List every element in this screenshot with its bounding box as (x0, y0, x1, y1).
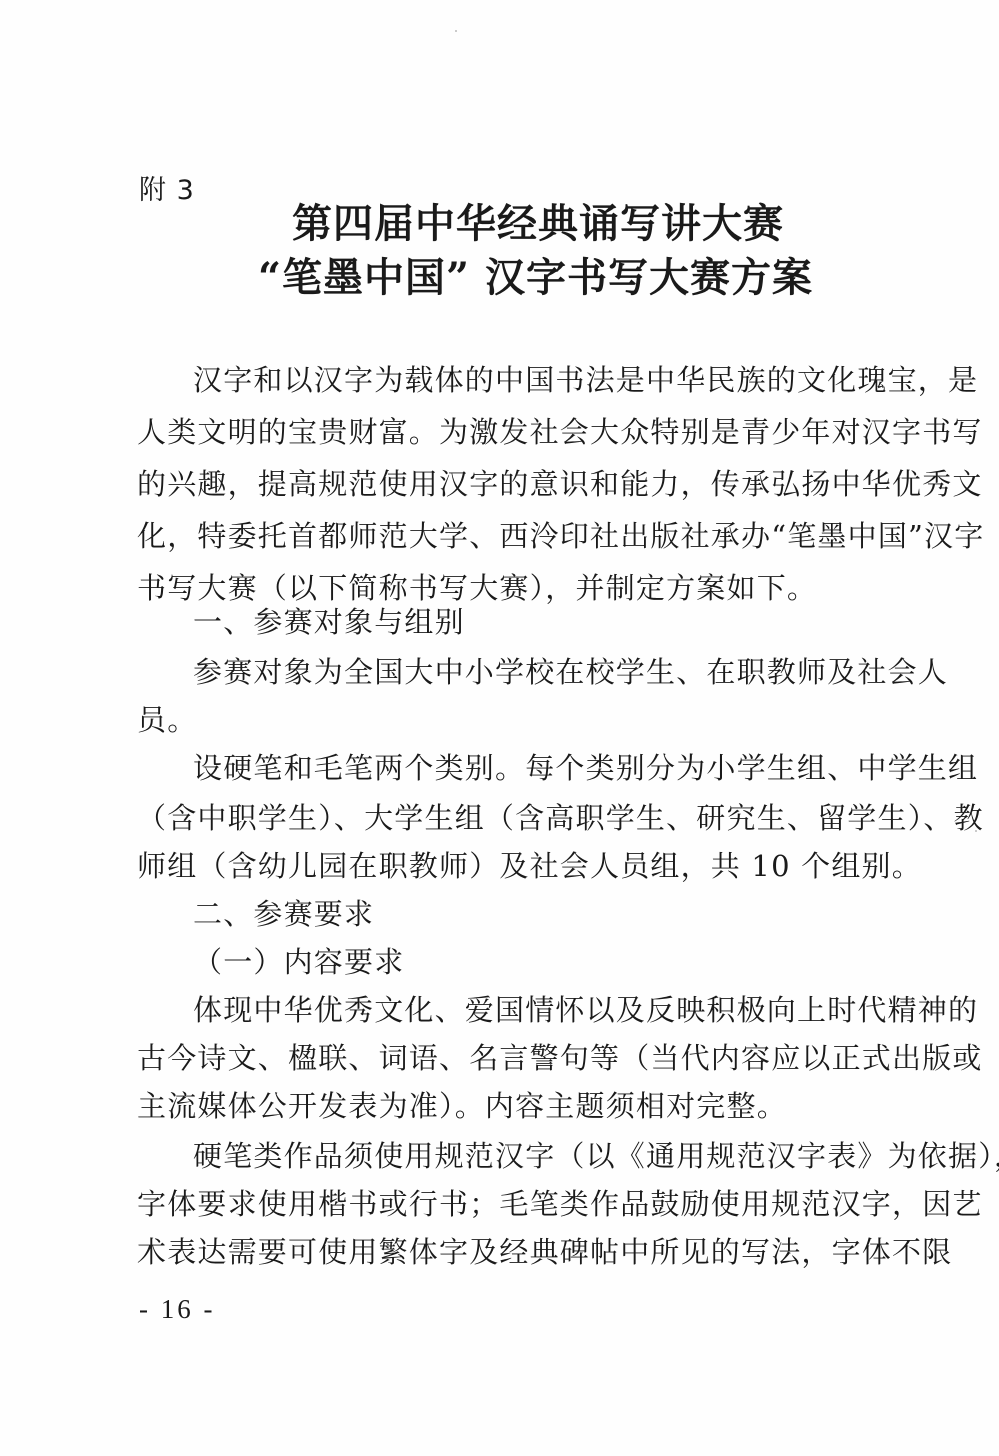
intro-line-3: 的兴趣，提高规范使用汉字的意识和能力，传承弘扬中华优秀文 (137, 466, 983, 502)
subsection-1-p1-line-3: 主流媒体公开发表为准）。内容主题须相对完整。 (137, 1088, 787, 1124)
annex-label: 附 3 (139, 168, 195, 207)
subsection-1-p2-line-3: 术表达需要可使用繁体字及经典碑帖中所见的写法，字体不限 (137, 1234, 952, 1270)
section-1-p2-line-3: 师组（含幼儿园在职教师）及社会人员组，共 10 个组别。 (137, 848, 922, 884)
scan-speck (975, 830, 977, 832)
title-line-1: 第四届中华经典诵写讲大赛 (292, 200, 784, 248)
subsection-1-heading: （一）内容要求 (193, 944, 404, 980)
section-2-heading: 二、参赛要求 (193, 896, 374, 932)
subsection-1-p2-line-2: 字体要求使用楷书或行书；毛笔类作品鼓励使用规范汉字，因艺 (137, 1186, 983, 1222)
subsection-1-p1-line-1: 体现中华优秀文化、爱国情怀以及反映积极向上时代精神的 (193, 992, 978, 1028)
section-1-p2-line-1: 设硬笔和毛笔两个类别。每个类别分为小学生组、中学生组 (193, 750, 978, 786)
document-page: 附 3 第四届中华经典诵写讲大赛 “笔墨中国” 汉字书写大赛方案 汉字和以汉字为… (0, 0, 999, 1456)
subsection-1-p2-line-1: 硬笔类作品须使用规范汉字（以《通用规范汉字表》为依据）， (193, 1138, 999, 1174)
title-line-2: “笔墨中国” 汉字书写大赛方案 (258, 254, 813, 302)
subsection-1-p1-line-2: 古今诗文、楹联、词语、名言警句等（当代内容应以正式出版或 (137, 1040, 983, 1076)
section-1-p2-line-2: （含中职学生）、大学生组（含高职学生、研究生、留学生）、教 (137, 800, 984, 836)
intro-line-2: 人类文明的宝贵财富。为激发社会大众特别是青少年对汉字书写 (137, 414, 983, 450)
section-1-heading: 一、参赛对象与组别 (193, 604, 465, 640)
intro-line-1: 汉字和以汉字为载体的中国书法是中华民族的文化瑰宝，是 (193, 362, 978, 398)
intro-line-4: 化，特委托首都师范大学、西泠印社出版社承办“笔墨中国”汉字 (137, 518, 984, 554)
scan-speck (455, 30, 457, 32)
section-1-p1-line-2: 员。 (137, 702, 197, 738)
page-number: - 16 - (139, 1294, 215, 1325)
section-1-p1-line-1: 参赛对象为全国大中小学校在校学生、在职教师及社会人 (193, 654, 948, 690)
intro-line-5: 书写大赛（以下简称书写大赛），并制定方案如下。 (137, 570, 817, 606)
